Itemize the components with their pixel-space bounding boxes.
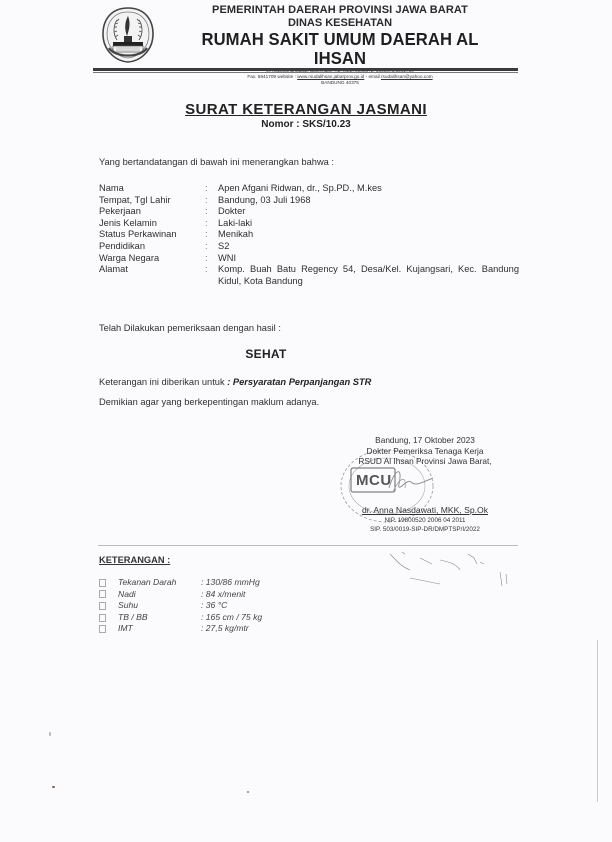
- identity-fields: Nama:Apen Afgani Ridwan, dr., Sp.PD., M.…: [99, 183, 519, 287]
- checkbox-icon: [99, 602, 106, 610]
- signatory-name: dr. Anna Nasdawati, MKK, Sp.Ok: [330, 505, 520, 516]
- field-row-gender: Jenis Kelamin:Laki-laki: [99, 218, 519, 230]
- checkbox-icon: [99, 614, 106, 622]
- fax-text: Fax. 5941709 website :: [247, 74, 297, 79]
- field-label: Tempat, Tgl Lahir: [99, 195, 205, 207]
- field-colon: :: [205, 218, 218, 230]
- field-value: Apen Afgani Ridwan, dr., Sp.PD., M.kes: [218, 183, 519, 195]
- vital-signs-list: Tekanan Darah: 130/86 mmHg Nadi: 84 x/me…: [99, 577, 262, 635]
- closing-text: Demikian agar yang berkepentingan maklum…: [99, 397, 319, 407]
- vital-value: : 130/86 mmHg: [201, 577, 260, 589]
- field-value: Dokter: [218, 206, 519, 218]
- vital-label: Tekanan Darah: [118, 577, 201, 589]
- letterhead-hospital-name: RUMAH SAKIT UMUM DAERAH AL IHSAN: [179, 30, 502, 68]
- field-row-birth: Tempat, Tgl Lahir:Bandung, 03 Juli 1968: [99, 195, 519, 207]
- document-title: SURAT KETERANGAN JASMANI: [0, 101, 612, 118]
- field-label: Alamat: [99, 264, 205, 287]
- field-row-marital: Status Perkawinan:Menikah: [99, 229, 519, 241]
- list-item: Nadi: 84 x/menit: [99, 589, 262, 601]
- vital-label: Nadi: [118, 589, 201, 601]
- purpose-prefix: Keterangan ini diberikan untuk: [99, 377, 227, 387]
- field-colon: :: [205, 206, 218, 218]
- exam-intro-text: Telah Dilakukan pemeriksaan dengan hasil…: [99, 323, 281, 333]
- field-row-name: Nama:Apen Afgani Ridwan, dr., Sp.PD., M.…: [99, 183, 519, 195]
- field-colon: :: [205, 264, 218, 287]
- intro-text: Yang bertandatangan di bawah ini meneran…: [99, 157, 334, 167]
- stamp-label: MCU: [356, 472, 392, 489]
- signature-role: Dokter Pemeriksa Tenaga Kerja: [330, 446, 520, 457]
- list-item: Suhu: 36 °C: [99, 600, 262, 612]
- purpose-line: Keterangan ini diberikan untuk : Persyar…: [99, 377, 371, 387]
- field-label: Status Perkawinan: [99, 229, 205, 241]
- list-item: IMT: 27,5 kg/mtr: [99, 623, 262, 635]
- field-value: Bandung, 03 Juli 1968: [218, 195, 519, 207]
- vital-value: : 36 °C: [201, 600, 227, 612]
- signatory-sip: SIP. 503/0019-SIP-DR/DMPTSP/I/2022: [330, 525, 520, 536]
- document-number: Nomor : SKS/10.23: [0, 119, 612, 130]
- letterhead-government: PEMERINTAH DAERAH PROVINSI JAWA BARAT: [170, 3, 510, 17]
- field-row-address: Alamat:Komp. Buah Batu Regency 54, Desa/…: [99, 264, 519, 287]
- email-prefix: - email: [364, 74, 381, 79]
- vital-label: TB / BB: [118, 612, 201, 624]
- field-colon: :: [205, 229, 218, 241]
- west-java-province-emblem-icon: [101, 6, 155, 64]
- letterhead-city: BANDUNG 40375: [170, 80, 510, 86]
- scan-speck: [52, 786, 55, 788]
- field-row-occupation: Pekerjaan:Dokter: [99, 206, 519, 218]
- field-colon: :: [205, 241, 218, 253]
- field-colon: :: [205, 253, 218, 265]
- letterhead: PEMERINTAH DAERAH PROVINSI JAWA BARAT DI…: [170, 3, 510, 86]
- vital-value: : 84 x/menit: [201, 589, 245, 601]
- field-label: Nama: [99, 183, 205, 195]
- exam-result: SEHAT: [0, 347, 532, 361]
- signature-place-date: Bandung, 17 Oktober 2023: [330, 435, 520, 446]
- email-link[interactable]: rsudalihsan@yahoo.com: [381, 74, 433, 79]
- list-item: TB / BB: 165 cm / 75 kg: [99, 612, 262, 624]
- field-label: Jenis Kelamin: [99, 218, 205, 230]
- signature-block: Bandung, 17 Oktober 2023 Dokter Pemeriks…: [330, 435, 520, 467]
- vital-label: Suhu: [118, 600, 201, 612]
- field-value: Menikah: [218, 229, 519, 241]
- scan-artifact-marks: [380, 548, 520, 598]
- checkbox-icon: [99, 579, 106, 587]
- signature-institution: RSUD Al Ihsan Provinsi Jawa Barat,: [330, 456, 520, 467]
- field-colon: :: [205, 183, 218, 195]
- field-label: Pendidikan: [99, 241, 205, 253]
- list-item: Tekanan Darah: 130/86 mmHg: [99, 577, 262, 589]
- vital-value: : 165 cm / 75 kg: [201, 612, 262, 624]
- purpose-text: Persyaratan Perpanjangan STR: [233, 377, 371, 387]
- scan-speck: [49, 732, 51, 736]
- field-value: Laki-laki: [218, 218, 519, 230]
- field-label: Pekerjaan: [99, 206, 205, 218]
- field-colon: :: [205, 195, 218, 207]
- website-link[interactable]: www.rsudalihsan.jabarprov.go.id: [297, 74, 364, 79]
- checkbox-icon: [99, 590, 106, 598]
- letterhead-divider-thick: [93, 68, 518, 71]
- field-label: Warga Negara: [99, 253, 205, 265]
- letterhead-divider-thin: [93, 72, 518, 73]
- field-value: S2: [218, 241, 519, 253]
- vital-value: : 27,5 kg/mtr: [201, 623, 249, 635]
- field-value: Komp. Buah Batu Regency 54, Desa/Kel. Ku…: [218, 264, 519, 287]
- field-row-education: Pendidikan:S2: [99, 241, 519, 253]
- scan-speck: [247, 791, 249, 793]
- vital-label: IMT: [118, 623, 201, 635]
- field-row-citizenship: Warga Negara:WNI: [99, 253, 519, 265]
- section-divider: [98, 545, 518, 546]
- checkbox-icon: [99, 625, 106, 633]
- field-value: WNI: [218, 253, 519, 265]
- notes-title: KETERANGAN :: [99, 555, 170, 565]
- certificate-page: PEMERINTAH DAERAH PROVINSI JAWA BARAT DI…: [0, 0, 612, 842]
